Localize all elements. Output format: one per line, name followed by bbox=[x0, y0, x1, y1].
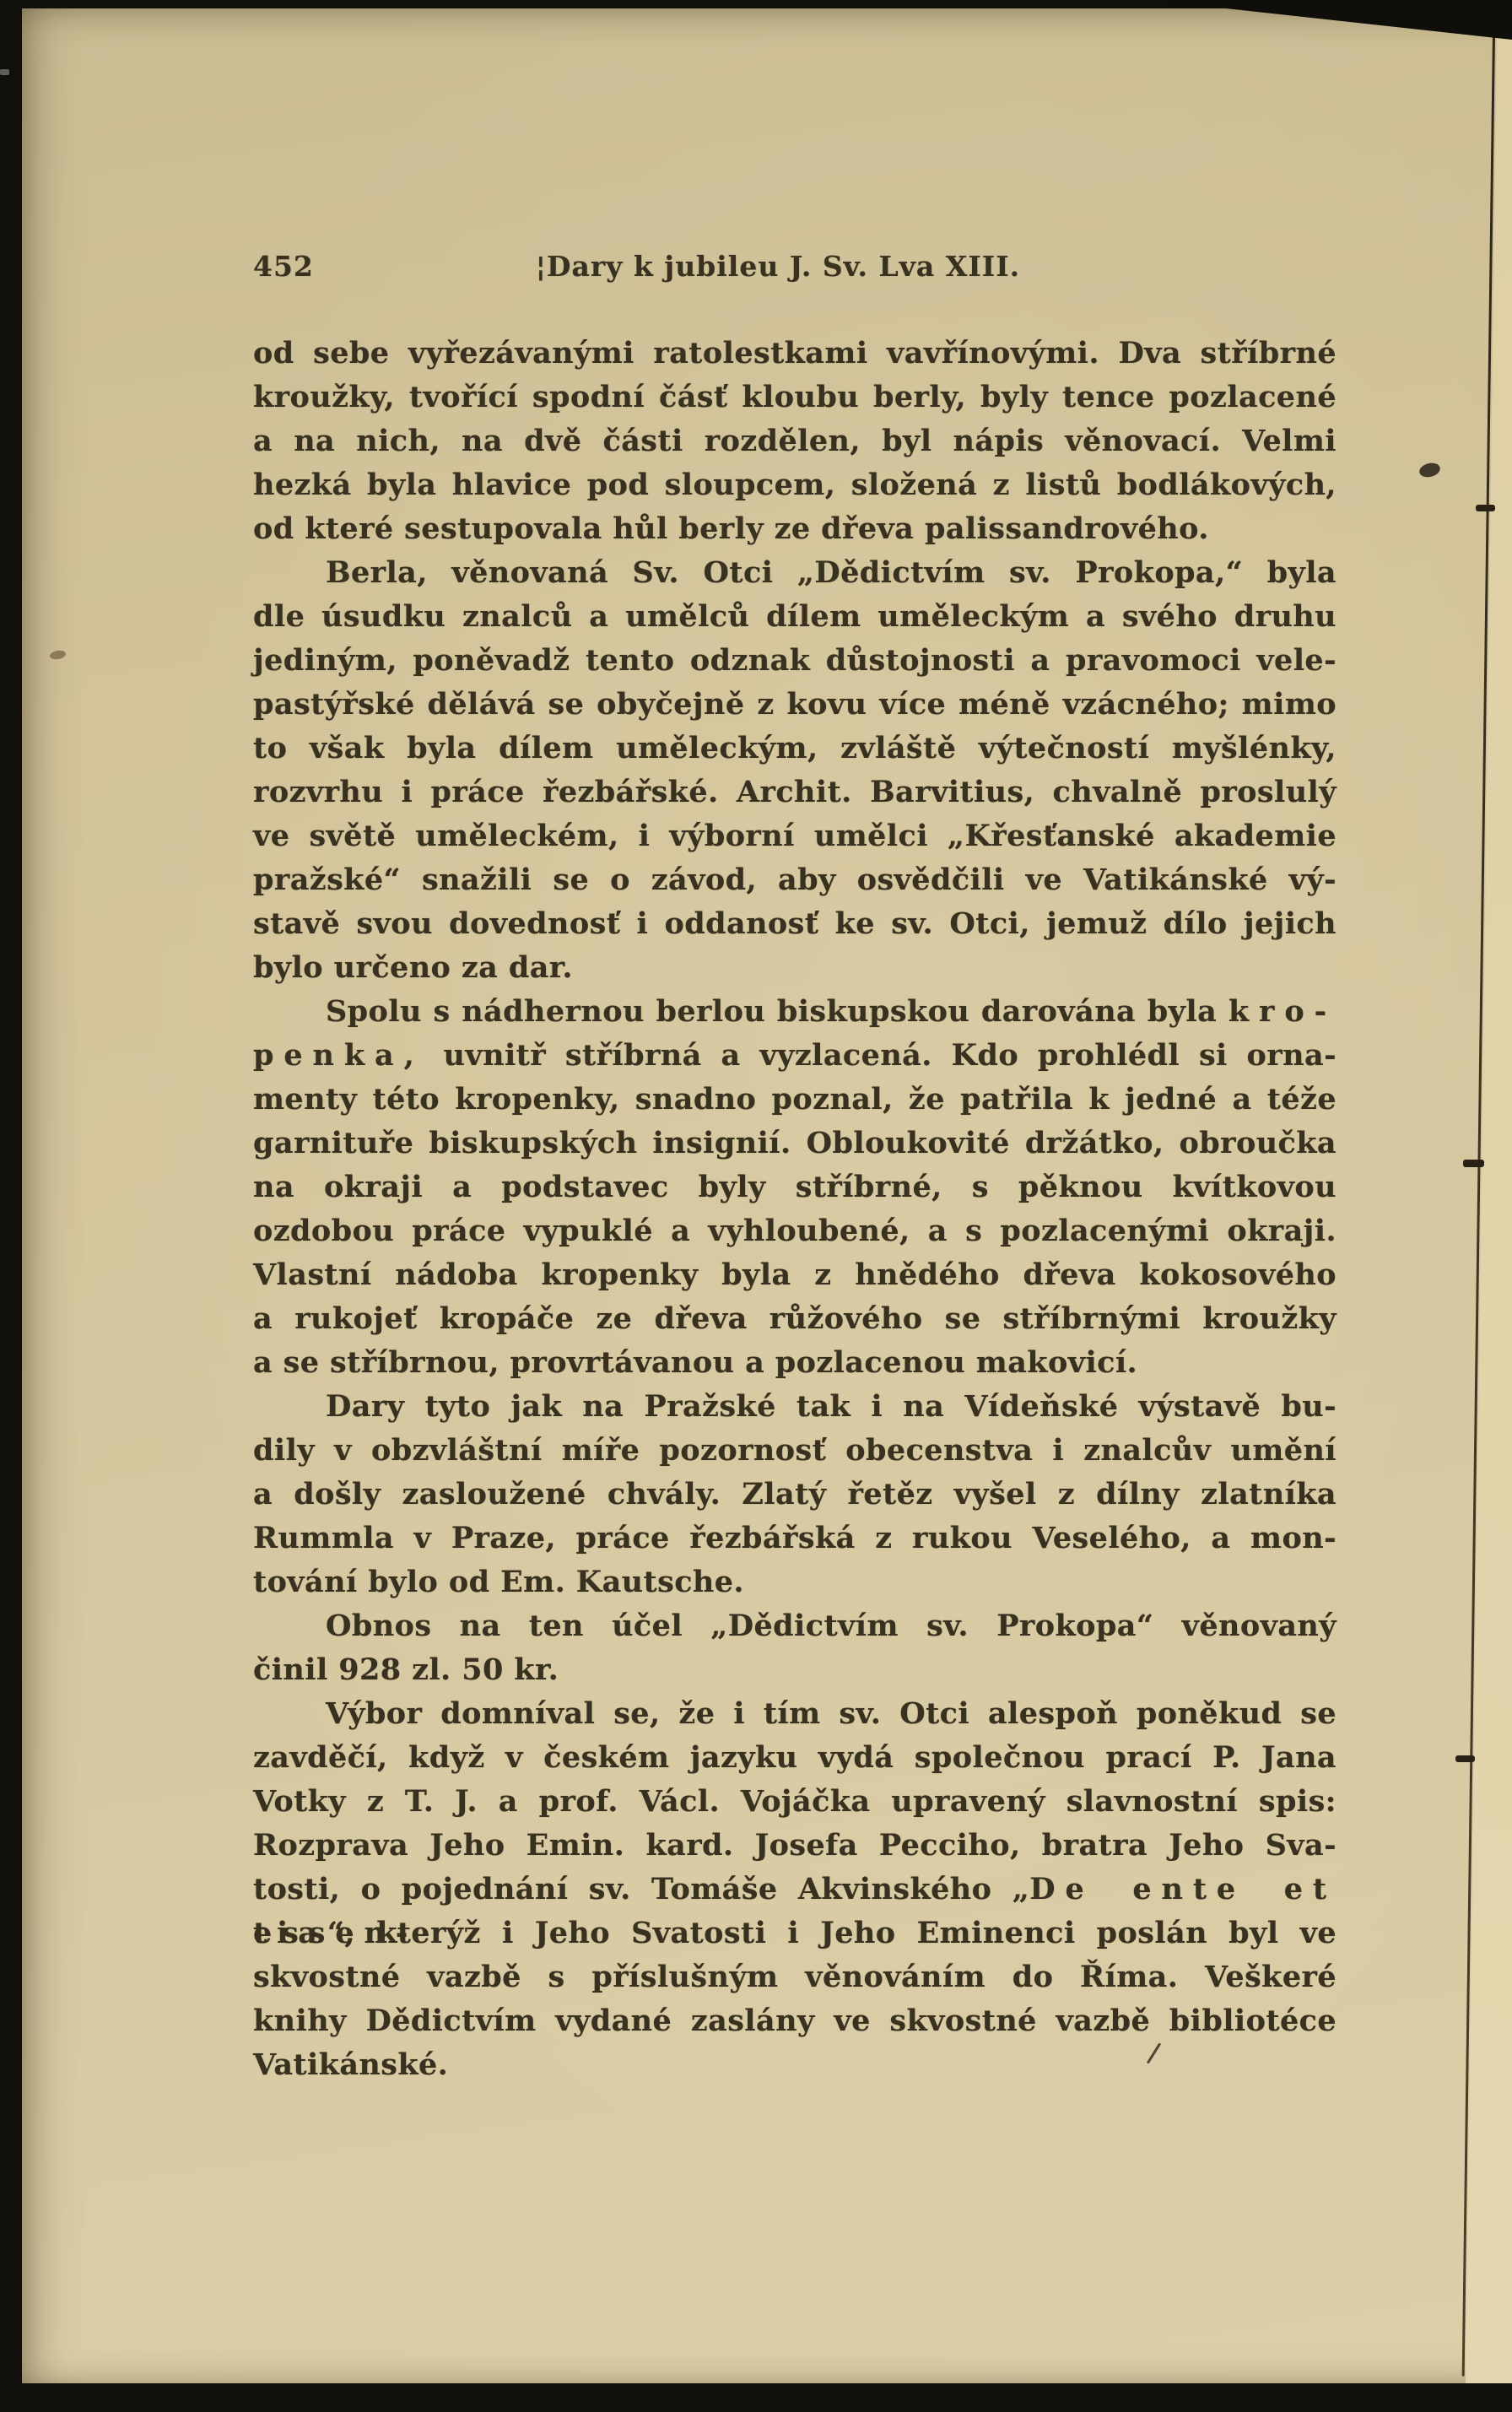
line-text: stavě svou dovednosť i oddanosť ke sv. O… bbox=[253, 906, 1336, 941]
line-text: dle úsudku znalců a umělců dílem uměleck… bbox=[253, 599, 1336, 634]
text-line: skvostné vazbě s příslušným věnováním do… bbox=[253, 1955, 1336, 1999]
text-line: pražské“ snažili se o závod, aby osvědči… bbox=[253, 858, 1336, 902]
text-line: Votky z T. J. a prof. Václ. Vojáčka upra… bbox=[253, 1780, 1336, 1824]
line-text: “, kterýž i Jeho Svatosti i Jeho Eminenc… bbox=[327, 1916, 1336, 1950]
line-text: uvnitř stříbrná a vyzlacená. Kdo prohléd… bbox=[424, 1038, 1336, 1073]
line-text: Spolu s nádhernou berlou biskupskou daro… bbox=[326, 994, 1228, 1029]
text-line: tování bylo od Em. Kautsche. bbox=[253, 1560, 1336, 1604]
text-line: dily v obzvláštní míře pozornosť obecens… bbox=[253, 1429, 1336, 1473]
text-line: na okraji a podstavec byly stříbrné, s p… bbox=[253, 1165, 1336, 1209]
line-text: a na nich, na dvě části rozdělen, byl ná… bbox=[253, 424, 1336, 458]
text-line: od které sestupovala hůl berly ze dřeva … bbox=[253, 507, 1336, 551]
running-title: ¦Dary k jubileu J. Sv. Lva XIII. bbox=[253, 250, 1303, 283]
line-text: ve světě uměleckém, i výborní umělci „Kř… bbox=[253, 819, 1336, 853]
line-text: a se stříbrnou, provrtávanou a pozlaceno… bbox=[253, 1345, 1137, 1380]
text-line: Obnos na ten účel „Dědictvím sv. Prokopa… bbox=[253, 1604, 1336, 1648]
text-line: pastýřské dělává se obyčejně z kovu více… bbox=[253, 683, 1336, 727]
line-text: garnituře biskupských insignií. Obloukov… bbox=[253, 1126, 1336, 1160]
text-line: penka, uvnitř stříbrná a vyzlacená. Kdo … bbox=[253, 1034, 1336, 1078]
line-text: na okraji a podstavec byly stříbrné, s p… bbox=[253, 1170, 1336, 1204]
paragraph: Dary tyto jak na Pražské tak i na Vídeňs… bbox=[253, 1385, 1336, 1604]
line-text: rozvrhu i práce řezbářské. Archit. Barvi… bbox=[253, 775, 1336, 809]
edge-ink-tick bbox=[1463, 1160, 1484, 1167]
text-line: menty této kropenky, snadno poznal, že p… bbox=[253, 1078, 1336, 1122]
text-line: rozvrhu i práce řezbářské. Archit. Barvi… bbox=[253, 771, 1336, 814]
text-line: zavděčí, když v českém jazyku vydá spole… bbox=[253, 1736, 1336, 1780]
body-text: od sebe vyřezávanými ratolestkami vavřín… bbox=[253, 332, 1336, 2087]
line-text: Obnos na ten účel „Dědictvím sv. Prokopa… bbox=[326, 1609, 1336, 1643]
text-line: jediným, poněvadž tento odznak důstojnos… bbox=[253, 639, 1336, 683]
text-line: a rukojeť kropáče ze dřeva růžového se s… bbox=[253, 1297, 1336, 1341]
text-line: tia“, kterýž i Jeho Svatosti i Jeho Emin… bbox=[253, 1912, 1336, 1955]
line-text: Berla, věnovaná Sv. Otci „Dědictvím sv. … bbox=[326, 555, 1336, 590]
text-line: hezká byla hlavice pod sloupcem, složená… bbox=[253, 463, 1336, 507]
line-text: knihy Dědictvím vydané zaslány ve skvost… bbox=[253, 2004, 1336, 2038]
text-line: tosti, o pojednání sv. Tomáše Akvinského… bbox=[253, 1868, 1336, 1912]
text-line: Spolu s nádhernou berlou biskupskou daro… bbox=[253, 990, 1336, 1034]
line-text: jediným, poněvadž tento odznak důstojnos… bbox=[253, 643, 1336, 678]
text-line: Dary tyto jak na Pražské tak i na Vídeňs… bbox=[253, 1385, 1336, 1429]
scan-edge-artifact bbox=[0, 69, 9, 75]
text-line: stavě svou dovednosť i oddanosť ke sv. O… bbox=[253, 902, 1336, 946]
text-line: kroužky, tvořící spodní čásť kloubu berl… bbox=[253, 376, 1336, 419]
line-text: zavděčí, když v českém jazyku vydá spole… bbox=[253, 1740, 1336, 1775]
line-text: pražské“ snažili se o závod, aby osvědči… bbox=[253, 863, 1336, 897]
paragraph: od sebe vyřezávanými ratolestkami vavřín… bbox=[253, 332, 1336, 551]
text-line: a na nich, na dvě části rozdělen, byl ná… bbox=[253, 419, 1336, 463]
line-text: pastýřské dělává se obyčejně z kovu více… bbox=[253, 687, 1336, 722]
page-header: 452 ¦Dary k jubileu J. Sv. Lva XIII. bbox=[253, 250, 1336, 290]
text-line: garnituře biskupských insignií. Obloukov… bbox=[253, 1122, 1336, 1165]
text-line: Vlastní nádoba kropenky byla z hnědého d… bbox=[253, 1253, 1336, 1297]
text-line: Rummla v Praze, práce řezbářská z rukou … bbox=[253, 1517, 1336, 1560]
line-text: ozdobou práce vypuklé a vyhloubené, a s … bbox=[253, 1214, 1336, 1248]
paragraph: Spolu s nádhernou berlou biskupskou daro… bbox=[253, 990, 1336, 1385]
line-text: tosti, o pojednání sv. Tomáše Akvinského… bbox=[253, 1872, 1029, 1906]
text-line: od sebe vyřezávanými ratolestkami vavřín… bbox=[253, 332, 1336, 376]
line-text: bylo určeno za dar. bbox=[253, 950, 573, 985]
text-line: Vatikánské. bbox=[253, 2043, 1336, 2087]
line-text: Votky z T. J. a prof. Václ. Vojáčka upra… bbox=[253, 1784, 1336, 1819]
line-text: kroužky, tvořící spodní čásť kloubu berl… bbox=[253, 380, 1336, 414]
line-text: Rummla v Praze, práce řezbářská z rukou … bbox=[253, 1521, 1336, 1555]
text-line: a došly zasloužené chvály. Zlatý řetěz v… bbox=[253, 1473, 1336, 1517]
line-text: od sebe vyřezávanými ratolestkami vavřín… bbox=[253, 336, 1336, 370]
paragraph: Obnos na ten účel „Dědictvím sv. Prokopa… bbox=[253, 1604, 1336, 1692]
book-page-scan: 452 ¦Dary k jubileu J. Sv. Lva XIII. od … bbox=[0, 0, 1512, 2412]
line-text: Vlastní nádoba kropenky byla z hnědého d… bbox=[253, 1257, 1336, 1292]
line-text: od které sestupovala hůl berly ze dřeva … bbox=[253, 511, 1209, 546]
line-text: tování bylo od Em. Kautsche. bbox=[253, 1565, 744, 1599]
text-line: dle úsudku znalců a umělců dílem uměleck… bbox=[253, 595, 1336, 639]
paragraph: Berla, věnovaná Sv. Otci „Dědictvím sv. … bbox=[253, 551, 1336, 990]
line-text: a rukojeť kropáče ze dřeva růžového se s… bbox=[253, 1301, 1336, 1336]
edge-ink-tick bbox=[1455, 1755, 1475, 1762]
line-text: menty této kropenky, snadno poznal, že p… bbox=[253, 1082, 1336, 1117]
line-text: Rozprava Jeho Emin. kard. Josefa Pecciho… bbox=[253, 1828, 1336, 1863]
line-text: Dary tyto jak na Pražské tak i na Vídeňs… bbox=[326, 1389, 1336, 1424]
line-text: skvostné vazbě s příslušným věnováním do… bbox=[253, 1960, 1336, 1994]
paragraph: Výbor domníval se, že i tím sv. Otci ale… bbox=[253, 1692, 1336, 2087]
text-line: ozdobou práce vypuklé a vyhloubené, a s … bbox=[253, 1209, 1336, 1253]
line-text: to však byla dílem uměleckým, zvláště vý… bbox=[253, 731, 1336, 765]
line-text: činil 928 zl. 50 kr. bbox=[253, 1652, 559, 1687]
letterspaced-text: kro- bbox=[1228, 994, 1336, 1029]
text-line: Výbor domníval se, že i tím sv. Otci ale… bbox=[253, 1692, 1336, 1736]
text-line: knihy Dědictvím vydané zaslány ve skvost… bbox=[253, 1999, 1336, 2043]
text-line: bylo určeno za dar. bbox=[253, 946, 1336, 990]
line-text: Vatikánské. bbox=[253, 2047, 448, 2082]
letterspaced-text: penka, bbox=[253, 1038, 424, 1073]
text-line: Rozprava Jeho Emin. kard. Josefa Pecciho… bbox=[253, 1824, 1336, 1868]
text-line: Berla, věnovaná Sv. Otci „Dědictvím sv. … bbox=[253, 551, 1336, 595]
text-line: to však byla dílem uměleckým, zvláště vý… bbox=[253, 727, 1336, 771]
line-text: a došly zasloužené chvály. Zlatý řetěz v… bbox=[253, 1477, 1336, 1512]
text-line: činil 928 zl. 50 kr. bbox=[253, 1648, 1336, 1692]
text-line: ve světě uměleckém, i výborní umělci „Kř… bbox=[253, 814, 1336, 858]
text-line: a se stříbrnou, provrtávanou a pozlaceno… bbox=[253, 1341, 1336, 1385]
letterspaced-text: tia bbox=[253, 1916, 327, 1950]
edge-ink-tick bbox=[1476, 505, 1495, 511]
line-text: hezká byla hlavice pod sloupcem, složená… bbox=[253, 468, 1336, 502]
line-text: dily v obzvláštní míře pozornosť obecens… bbox=[253, 1433, 1336, 1468]
line-text: Výbor domníval se, že i tím sv. Otci ale… bbox=[326, 1696, 1336, 1731]
